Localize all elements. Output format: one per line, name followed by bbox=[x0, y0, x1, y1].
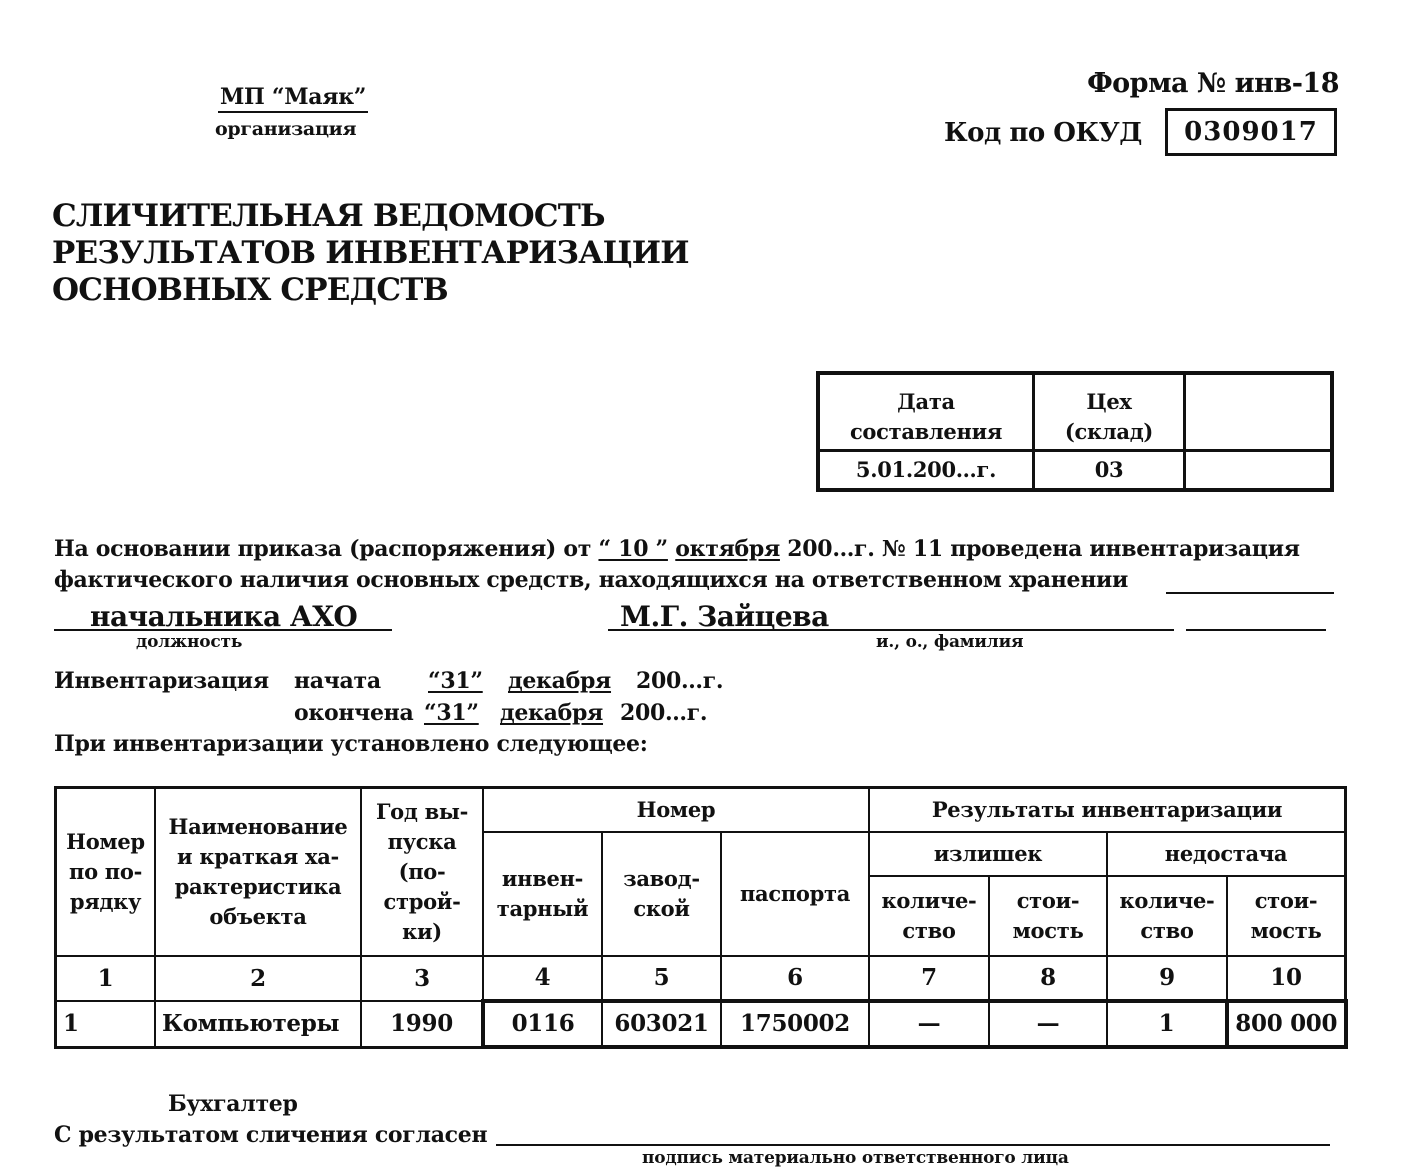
col-group-number: Номер bbox=[483, 788, 869, 833]
signature-rule bbox=[496, 1144, 1330, 1146]
header-line: количе- bbox=[1108, 886, 1226, 916]
cell-shortage-cost: 800 000 bbox=[1227, 1001, 1346, 1047]
header-line: стои- bbox=[1228, 886, 1344, 916]
col-header-surplus-qty: количе- ство bbox=[869, 876, 989, 956]
order-line-1: На основании приказа (распоряжения) от “… bbox=[54, 536, 1300, 562]
header-line: Год вы- bbox=[362, 797, 482, 827]
shop-header: Цех (склад) bbox=[1034, 373, 1185, 451]
started-year: 200…г. bbox=[636, 668, 723, 694]
organization-name: МП “Маяк” bbox=[218, 84, 368, 113]
column-number: 8 bbox=[989, 956, 1107, 1001]
column-number: 4 bbox=[483, 956, 602, 1001]
header-line: строй- bbox=[362, 887, 482, 917]
header-line: ство bbox=[1108, 916, 1226, 946]
date-header-line: составления bbox=[820, 417, 1032, 447]
okud-code: 0309017 bbox=[1165, 108, 1337, 156]
started-day: “31” bbox=[428, 668, 483, 694]
shop-value: 03 bbox=[1034, 451, 1185, 491]
header-line: ство bbox=[870, 916, 988, 946]
form-number: Форма № инв-18 bbox=[1087, 68, 1339, 99]
person-label: и., о., фамилия bbox=[876, 632, 1023, 652]
header-line: рактеристика bbox=[156, 872, 360, 902]
storage-rule bbox=[1166, 592, 1334, 594]
organization-label: организация bbox=[215, 118, 356, 140]
cell-year: 1990 bbox=[361, 1001, 483, 1047]
header-line: тарный bbox=[484, 894, 601, 924]
column-number: 7 bbox=[869, 956, 989, 1001]
agreement-text: С результатом сличения согласен bbox=[54, 1122, 487, 1148]
col-header-inventory: инвен- тарный bbox=[483, 832, 602, 956]
position-rule bbox=[54, 629, 392, 631]
header-line: ки) bbox=[362, 917, 482, 947]
col-header-num: Номер по по- рядку bbox=[56, 788, 156, 957]
table-row: 1 Компьютеры 1990 0116 603021 1750002 — … bbox=[56, 1001, 1346, 1047]
cell-shortage-qty: 1 bbox=[1107, 1001, 1227, 1047]
header-line: мость bbox=[1228, 916, 1344, 946]
title-line: РЕЗУЛЬТАТОВ ИНВЕНТАРИЗАЦИИ bbox=[52, 235, 689, 272]
col-header-year: Год вы- пуска (по- строй- ки) bbox=[361, 788, 483, 957]
header-line: инвен- bbox=[484, 864, 601, 894]
finished-year: 200…г. bbox=[620, 700, 707, 726]
title-line: СЛИЧИТЕЛЬНАЯ ВЕДОМОСТЬ bbox=[52, 198, 689, 235]
cell-passport: 1750002 bbox=[721, 1001, 869, 1047]
column-number: 2 bbox=[155, 956, 361, 1001]
header-line: и краткая ха- bbox=[156, 842, 360, 872]
header-line: (по- bbox=[362, 857, 482, 887]
cell-surplus-cost: — bbox=[989, 1001, 1107, 1047]
date-value: 5.01.200…г. bbox=[818, 451, 1034, 491]
cell-surplus-qty: — bbox=[869, 1001, 989, 1047]
column-number: 6 bbox=[721, 956, 869, 1001]
header-line: по по- bbox=[57, 857, 154, 887]
finished-month: декабря bbox=[500, 700, 603, 726]
cell-name: Компьютеры bbox=[155, 1001, 361, 1047]
column-number: 3 bbox=[361, 956, 483, 1001]
header-line: стои- bbox=[990, 886, 1106, 916]
order-year-number: 200…г. № 11 проведена инвентаризация bbox=[787, 536, 1299, 562]
blank-header bbox=[1185, 373, 1333, 451]
header-line: пуска bbox=[362, 827, 482, 857]
col-group-shortage: недостача bbox=[1107, 832, 1346, 876]
header-line: завод- bbox=[603, 864, 720, 894]
col-header-factory: завод- ской bbox=[602, 832, 721, 956]
finished-day: “31” bbox=[424, 700, 479, 726]
document-title: СЛИЧИТЕЛЬНАЯ ВЕДОМОСТЬ РЕЗУЛЬТАТОВ ИНВЕН… bbox=[52, 198, 689, 309]
meta-table: Дата составления Цех (склад) 5.01.200…г.… bbox=[816, 371, 1334, 492]
date-header: Дата составления bbox=[818, 373, 1034, 451]
header-line: объекта bbox=[156, 902, 360, 932]
order-day: “ 10 ” bbox=[598, 536, 667, 562]
order-line-2: фактического наличия основных средств, н… bbox=[54, 567, 1128, 593]
col-header-shortage-cost: стои- мость bbox=[1227, 876, 1346, 956]
order-month: октября bbox=[675, 536, 780, 562]
header-line: мость bbox=[990, 916, 1106, 946]
finished-label: окончена bbox=[294, 700, 413, 726]
established-text: При инвентаризации установлено следующее… bbox=[54, 731, 648, 757]
cell-factory: 603021 bbox=[602, 1001, 721, 1047]
date-header-line: Дата bbox=[820, 387, 1032, 417]
cell-inventory: 0116 bbox=[483, 1001, 602, 1047]
started-month: декабря bbox=[508, 668, 611, 694]
order-prefix: На основании приказа (распоряжения) от bbox=[54, 536, 591, 562]
col-group-results: Результаты инвентаризации bbox=[869, 788, 1346, 833]
signature-label: подпись материально ответственного лица bbox=[642, 1148, 1069, 1168]
header-line: Номер bbox=[57, 827, 154, 857]
column-number: 1 bbox=[56, 956, 156, 1001]
person-rule-extra bbox=[1186, 629, 1326, 631]
inventory-label: Инвентаризация bbox=[54, 668, 269, 694]
column-number: 9 bbox=[1107, 956, 1227, 1001]
title-line: ОСНОВНЫХ СРЕДСТВ bbox=[52, 272, 689, 309]
column-number: 5 bbox=[602, 956, 721, 1001]
header-line: количе- bbox=[870, 886, 988, 916]
person-rule bbox=[608, 629, 1174, 631]
header-line: рядку bbox=[57, 887, 154, 917]
started-label: начата bbox=[294, 668, 381, 694]
col-header-name: Наименование и краткая ха- рактеристика … bbox=[155, 788, 361, 957]
col-header-passport: паспорта bbox=[721, 832, 869, 956]
col-header-surplus-cost: стои- мость bbox=[989, 876, 1107, 956]
blank-value bbox=[1185, 451, 1333, 491]
accountant-label: Бухгалтер bbox=[168, 1091, 298, 1117]
shop-header-line: (склад) bbox=[1035, 417, 1183, 447]
inventory-results-table: Номер по по- рядку Наименование и кратка… bbox=[54, 786, 1348, 1049]
col-header-shortage-qty: количе- ство bbox=[1107, 876, 1227, 956]
header-line: Наименование bbox=[156, 812, 360, 842]
column-number: 10 bbox=[1227, 956, 1346, 1001]
col-group-surplus: излишек bbox=[869, 832, 1107, 876]
shop-header-line: Цех bbox=[1035, 387, 1183, 417]
cell-num: 1 bbox=[56, 1001, 156, 1047]
column-numbers-row: 1 2 3 4 5 6 7 8 9 10 bbox=[56, 956, 1346, 1001]
okud-label: Код по ОКУД bbox=[944, 118, 1142, 148]
header-line: ской bbox=[603, 894, 720, 924]
position-label: должность bbox=[136, 632, 242, 652]
